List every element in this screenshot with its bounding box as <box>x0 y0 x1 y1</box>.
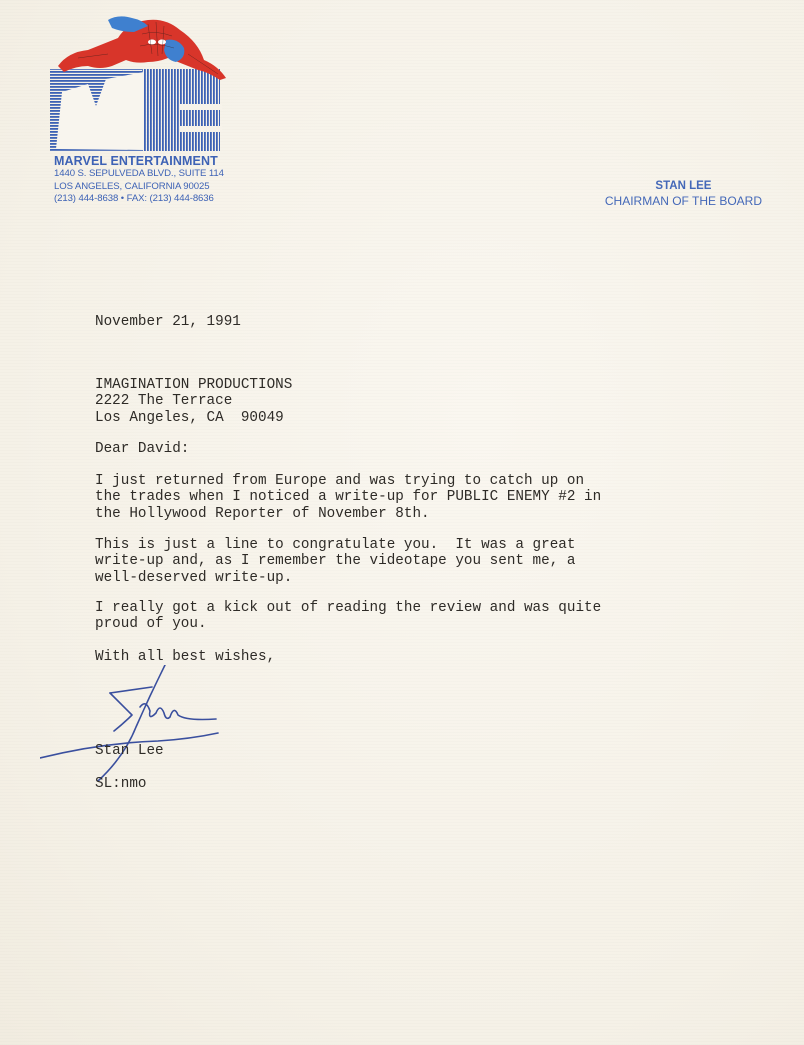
recipient-address: IMAGINATION PRODUCTIONS2222 The TerraceL… <box>95 377 292 426</box>
executive-block: STAN LEE CHAIRMAN OF THE BOARD <box>605 179 762 209</box>
executive-title: CHAIRMAN OF THE BOARD <box>605 194 762 209</box>
address-line-1: 1440 S. SEPULVEDA BLVD., SUITE 114 <box>54 168 224 181</box>
paragraph-2: This is just a line to congratulate you.… <box>95 537 575 586</box>
paragraph-line: the Hollywood Reporter of November 8th. <box>95 506 601 522</box>
company-address-block: MARVEL ENTERTAINMENT 1440 S. SEPULVEDA B… <box>54 154 224 206</box>
company-name: MARVEL ENTERTAINMENT <box>54 154 224 168</box>
recipient-line-2: 2222 The Terrace <box>95 393 292 409</box>
paragraph-line: write-up and, as I remember the videotap… <box>95 553 575 569</box>
executive-name: STAN LEE <box>605 179 762 194</box>
paragraph-line: well-deserved write-up. <box>95 570 575 586</box>
paragraph-1: I just returned from Europe and was tryi… <box>95 473 601 522</box>
paragraph-line: the trades when I noticed a write-up for… <box>95 489 601 505</box>
closing: With all best wishes, <box>95 649 275 665</box>
paragraph-3: I really got a kick out of reading the r… <box>95 600 601 633</box>
paragraph-line: proud of you. <box>95 616 601 632</box>
signature-icon <box>40 665 230 785</box>
paragraph-line: This is just a line to congratulate you.… <box>95 537 575 553</box>
address-line-2: LOS ANGELES, CALIFORNIA 90025 <box>54 181 224 194</box>
recipient-line-1: IMAGINATION PRODUCTIONS <box>95 377 292 393</box>
reference-initials: SL:nmo <box>95 776 146 792</box>
salutation: Dear David: <box>95 441 189 457</box>
phone-fax: (213) 444-8638 • FAX: (213) 444-8636 <box>54 193 224 206</box>
signer-name: Stan Lee <box>95 743 164 759</box>
paragraph-line: I really got a kick out of reading the r… <box>95 600 601 616</box>
paragraph-line: I just returned from Europe and was tryi… <box>95 473 601 489</box>
marvel-spiderman-logo-icon <box>48 14 228 154</box>
recipient-line-3: Los Angeles, CA 90049 <box>95 410 292 426</box>
letter-date: November 21, 1991 <box>95 314 241 330</box>
